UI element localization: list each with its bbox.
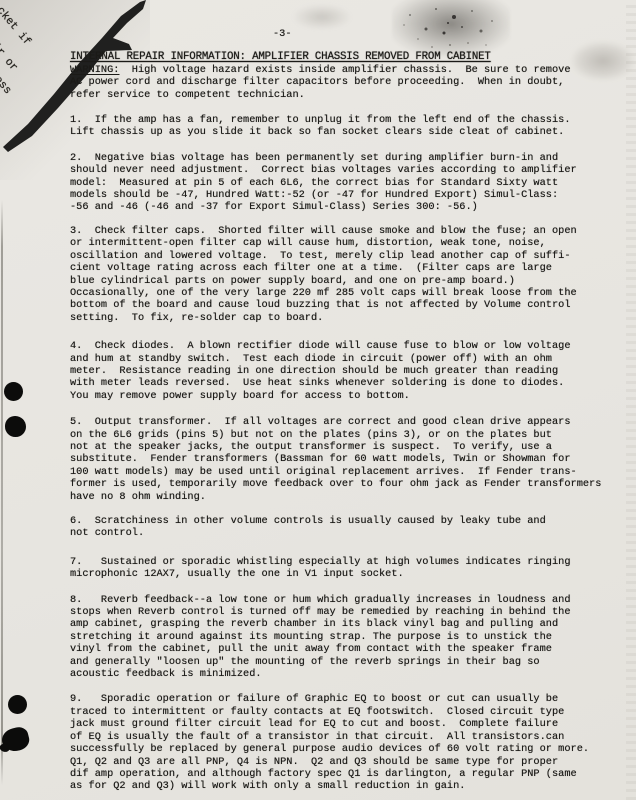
scan-smudge-center [292, 4, 352, 30]
right-edge-noise [626, 0, 636, 800]
page-number: -3- [273, 28, 626, 40]
hole-punch-dot [5, 416, 26, 437]
warning-label: WARNING: [70, 64, 119, 76]
hole-punch-dot [0, 725, 31, 754]
hole-punch-dot [8, 695, 27, 714]
corner-text-fragment: cket if [0, 5, 33, 48]
repair-item-3: 3. Check filter caps. Shorted filter wil… [70, 225, 626, 324]
corner-text-fragment: air or [0, 36, 19, 74]
repair-item-1: 1. If the amp has a fan, remember to unp… [70, 114, 626, 139]
repair-item-6: 6. Scratchiness in other volume controls… [70, 515, 626, 540]
repair-item-2: 2. Negative bias voltage has been perman… [70, 152, 626, 214]
hole-punch-dot [4, 382, 23, 401]
document-content: -3- INTERNAL REPAIR INFORMATION: AMPLIFI… [70, 28, 626, 793]
page-title: INTERNAL REPAIR INFORMATION: AMPLIFIER C… [70, 51, 626, 63]
repair-item-5: 5. Output transformer. If all voltages a… [70, 416, 626, 503]
scanned-service-manual-page: { "page": { "number": "-3-", "heading": … [0, 0, 636, 800]
repair-item-8: 8. Reverb feedback--a low tone or hum wh… [70, 594, 626, 681]
scan-speckles [447, 22, 449, 24]
warning-paragraph: WARNING: High voltage hazard exists insi… [70, 64, 626, 101]
repair-item-9: 9. Sporadic operation or failure of Grap… [70, 693, 626, 792]
repair-item-7: 7. Sustained or sporadic whistling espec… [70, 556, 626, 581]
left-edge-line [1, 200, 3, 785]
repair-item-4: 4. Check diodes. A blown rectifier diode… [70, 340, 626, 402]
warning-text: High voltage hazard exists inside amplif… [70, 64, 571, 101]
